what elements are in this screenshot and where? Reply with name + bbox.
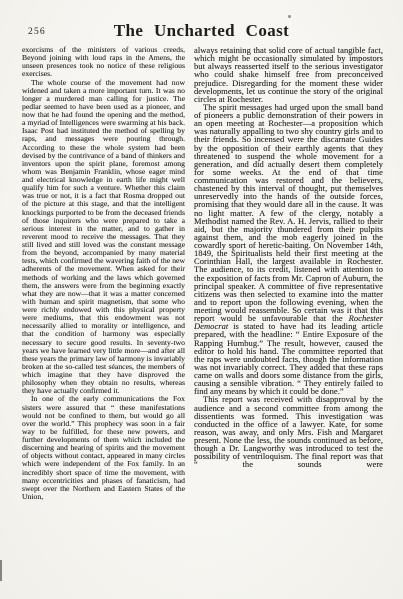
paragraph: In one of the early communications the F… <box>22 395 185 501</box>
paragraph: This report was received with disapprova… <box>194 395 383 468</box>
book-page: 256 The Uncharted Coast exorcisms of the… <box>0 0 403 599</box>
scan-edge-artifact <box>0 560 2 581</box>
scan-speck <box>288 15 291 18</box>
paragraph: The spirit messages had urged upon the s… <box>194 103 383 396</box>
right-column: always retaining that solid core of actu… <box>194 46 383 591</box>
paragraph: always retaining that solid core of actu… <box>194 46 383 103</box>
left-column: exorcisms of the ministers of various cr… <box>22 46 185 591</box>
text-columns: exorcisms of the ministers of various cr… <box>22 46 383 591</box>
paragraph: The whole course of the movement had now… <box>22 79 185 396</box>
paragraph: exorcisms of the ministers of various cr… <box>22 46 185 79</box>
page-title: The Uncharted Coast <box>0 21 403 41</box>
